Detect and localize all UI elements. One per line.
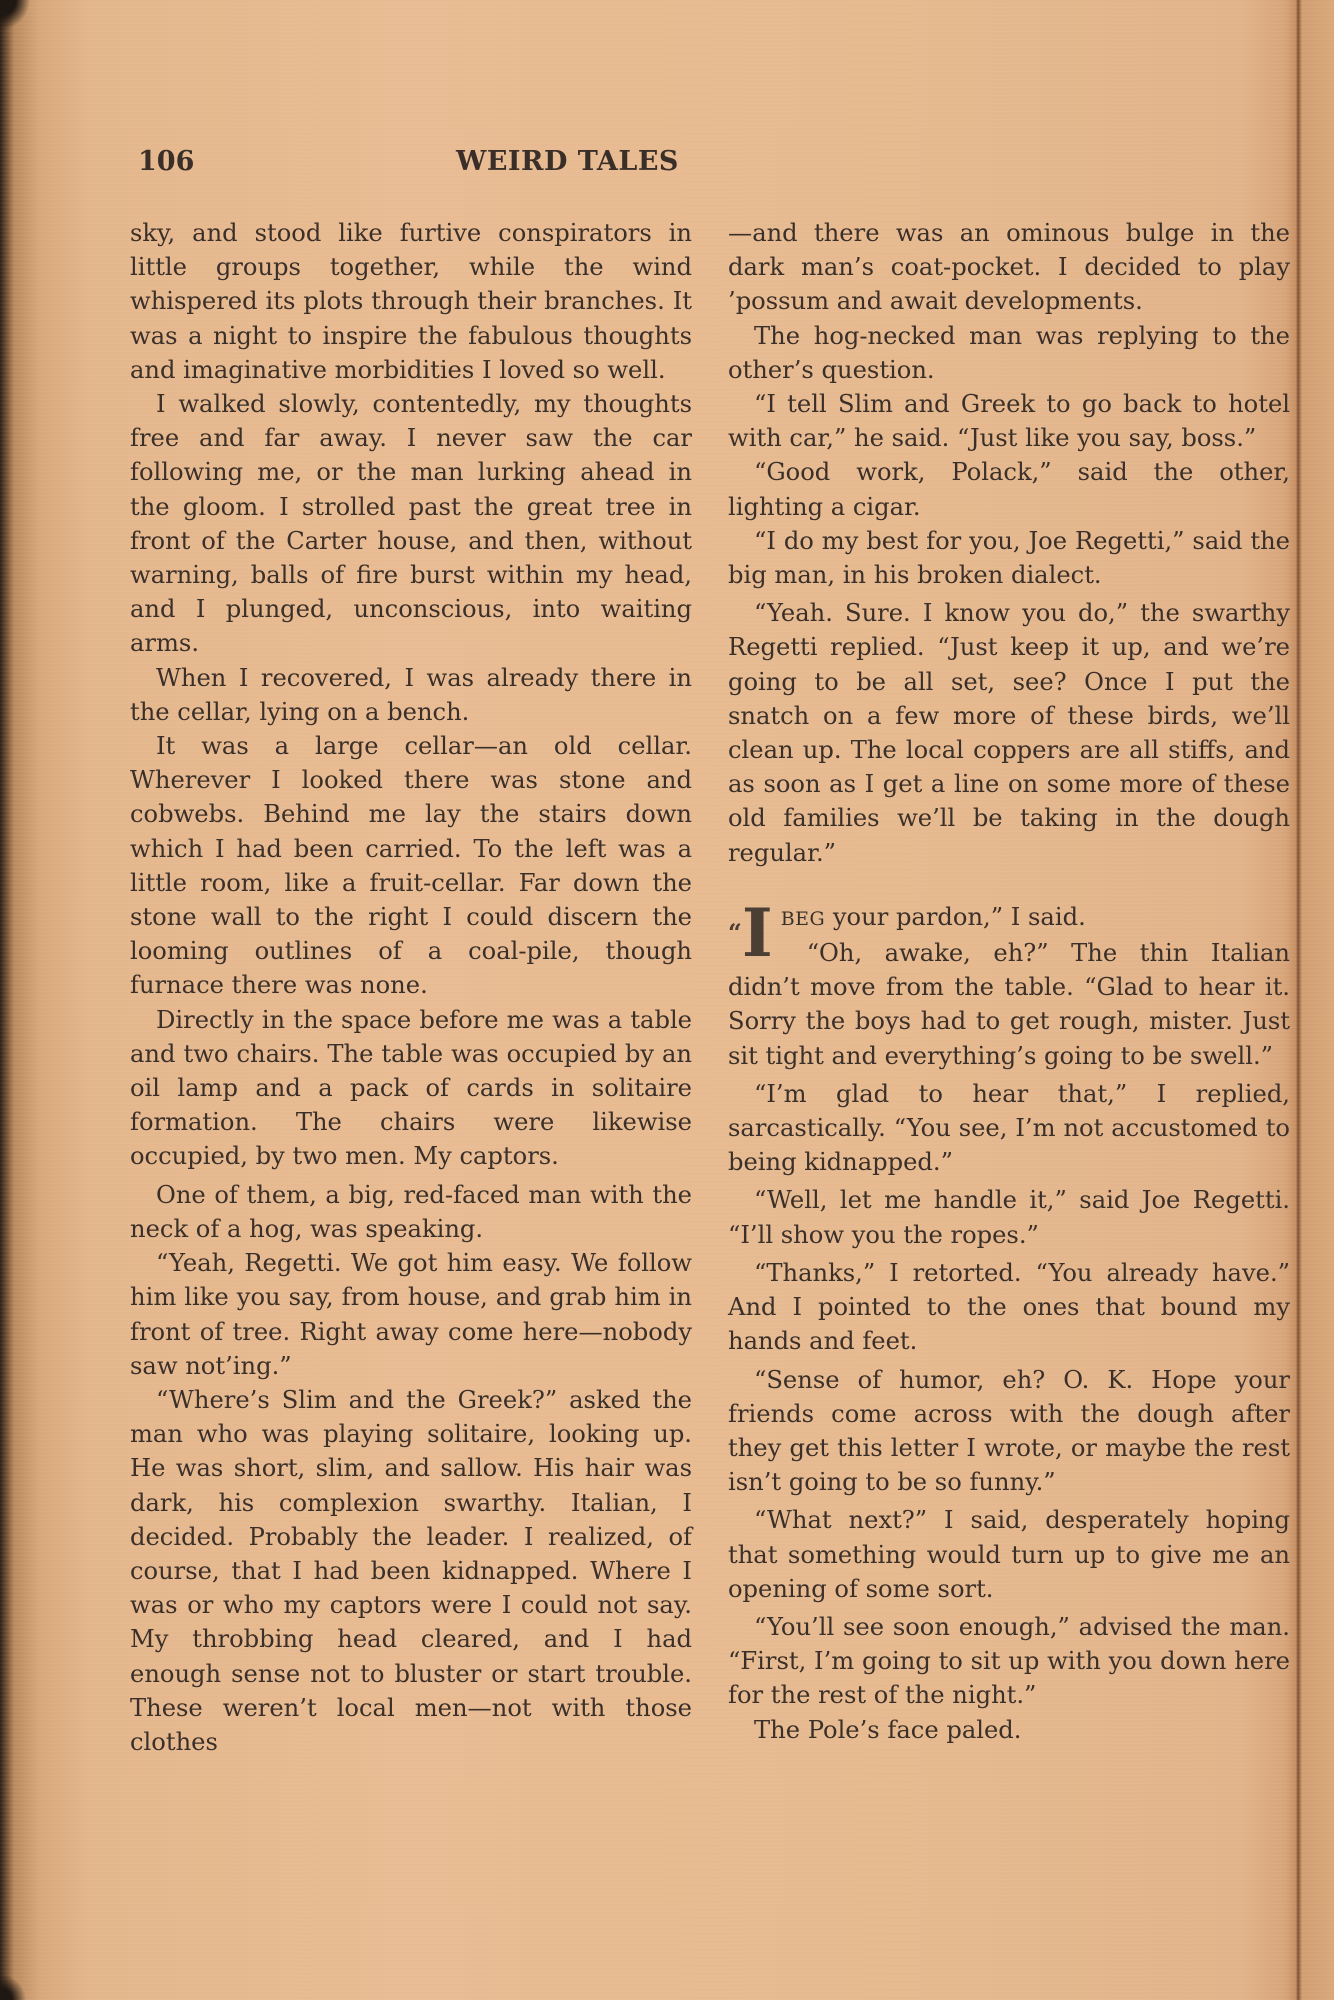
paragraph: “Yeah, Regetti. We got him easy. We foll…: [130, 1246, 692, 1383]
dropcap-letter: I: [742, 894, 773, 972]
paragraph: I walked slowly, contentedly, my thought…: [130, 387, 692, 661]
book-page: 106 WEIRD TALES sky, and stood like furt…: [0, 0, 1334, 2000]
paragraph: “Oh, awake, eh?” The thin Italian didn’t…: [728, 939, 1290, 1070]
right-column: —and there was an ominous bulge in the d…: [728, 216, 1290, 1747]
page-header: 106 WEIRD TALES: [138, 146, 1288, 186]
paragraph: When I recovered, I was already there in…: [130, 661, 692, 729]
paragraph: “You’ll see soon enough,” advised the ma…: [728, 1610, 1290, 1713]
paragraph: “Well, let me handle it,” said Joe Reget…: [728, 1183, 1290, 1251]
paragraph: “What next?” I said, desperately hoping …: [728, 1503, 1290, 1606]
paragraph: “Yeah. Sure. I know you do,” the swarthy…: [728, 596, 1290, 870]
paragraph: “Where’s Slim and the Greek?” asked the …: [130, 1383, 692, 1759]
dropcap-paragraph: “IBEG your pardon,” I said. “Oh, awake, …: [728, 900, 1290, 1073]
paragraph: “I do my best for you, Joe Regetti,” sai…: [728, 524, 1290, 592]
paragraph: “Good work, Polack,” said the other, lig…: [728, 455, 1290, 523]
paragraph: “I tell Slim and Greek to go back to hot…: [728, 387, 1290, 455]
dropcap-open-quote: “: [728, 918, 742, 947]
paragraph: sky, and stood like furtive conspirators…: [130, 216, 692, 387]
paragraph: The hog-necked man was replying to the o…: [728, 319, 1290, 387]
paragraph: “I’m glad to hear that,” I replied, sarc…: [728, 1077, 1290, 1180]
dropcap-rest: your pardon,” I said.: [825, 903, 1086, 931]
paragraph: Directly in the space before me was a ta…: [130, 1003, 692, 1174]
smallcaps-lead: BEG: [781, 908, 826, 930]
left-column: sky, and stood like furtive conspirators…: [130, 216, 692, 1759]
paragraph: “Thanks,” I retorted. “You already have.…: [728, 1256, 1290, 1359]
paragraph: —and there was an ominous bulge in the d…: [728, 216, 1290, 319]
paragraph: It was a large cellar—an old cellar. Whe…: [130, 729, 692, 1003]
section-break: [728, 870, 1290, 900]
paragraph: One of them, a big, red-faced man with t…: [130, 1178, 692, 1246]
dropcap: “I: [728, 904, 773, 962]
paragraph: The Pole’s face paled.: [728, 1713, 1290, 1747]
paragraph: “Sense of humor, eh? O. K. Hope your fri…: [728, 1363, 1290, 1500]
running-title: WEIRD TALES: [456, 146, 679, 177]
page-corner-shadow: [0, 1970, 30, 2000]
page-number: 106: [138, 146, 194, 177]
